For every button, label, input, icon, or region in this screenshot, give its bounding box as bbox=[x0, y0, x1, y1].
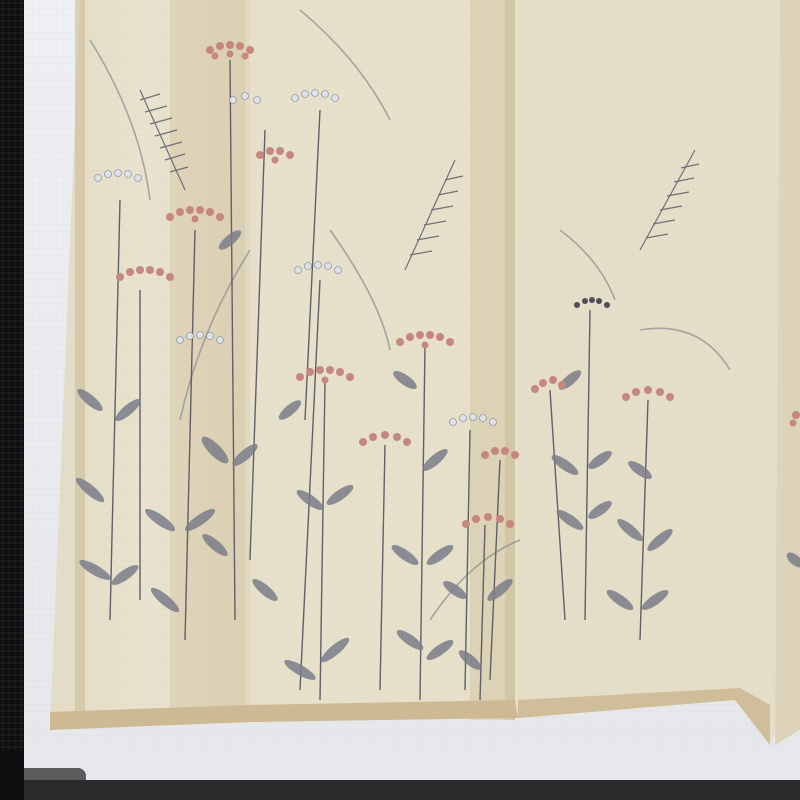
noren-curtain bbox=[0, 0, 800, 800]
